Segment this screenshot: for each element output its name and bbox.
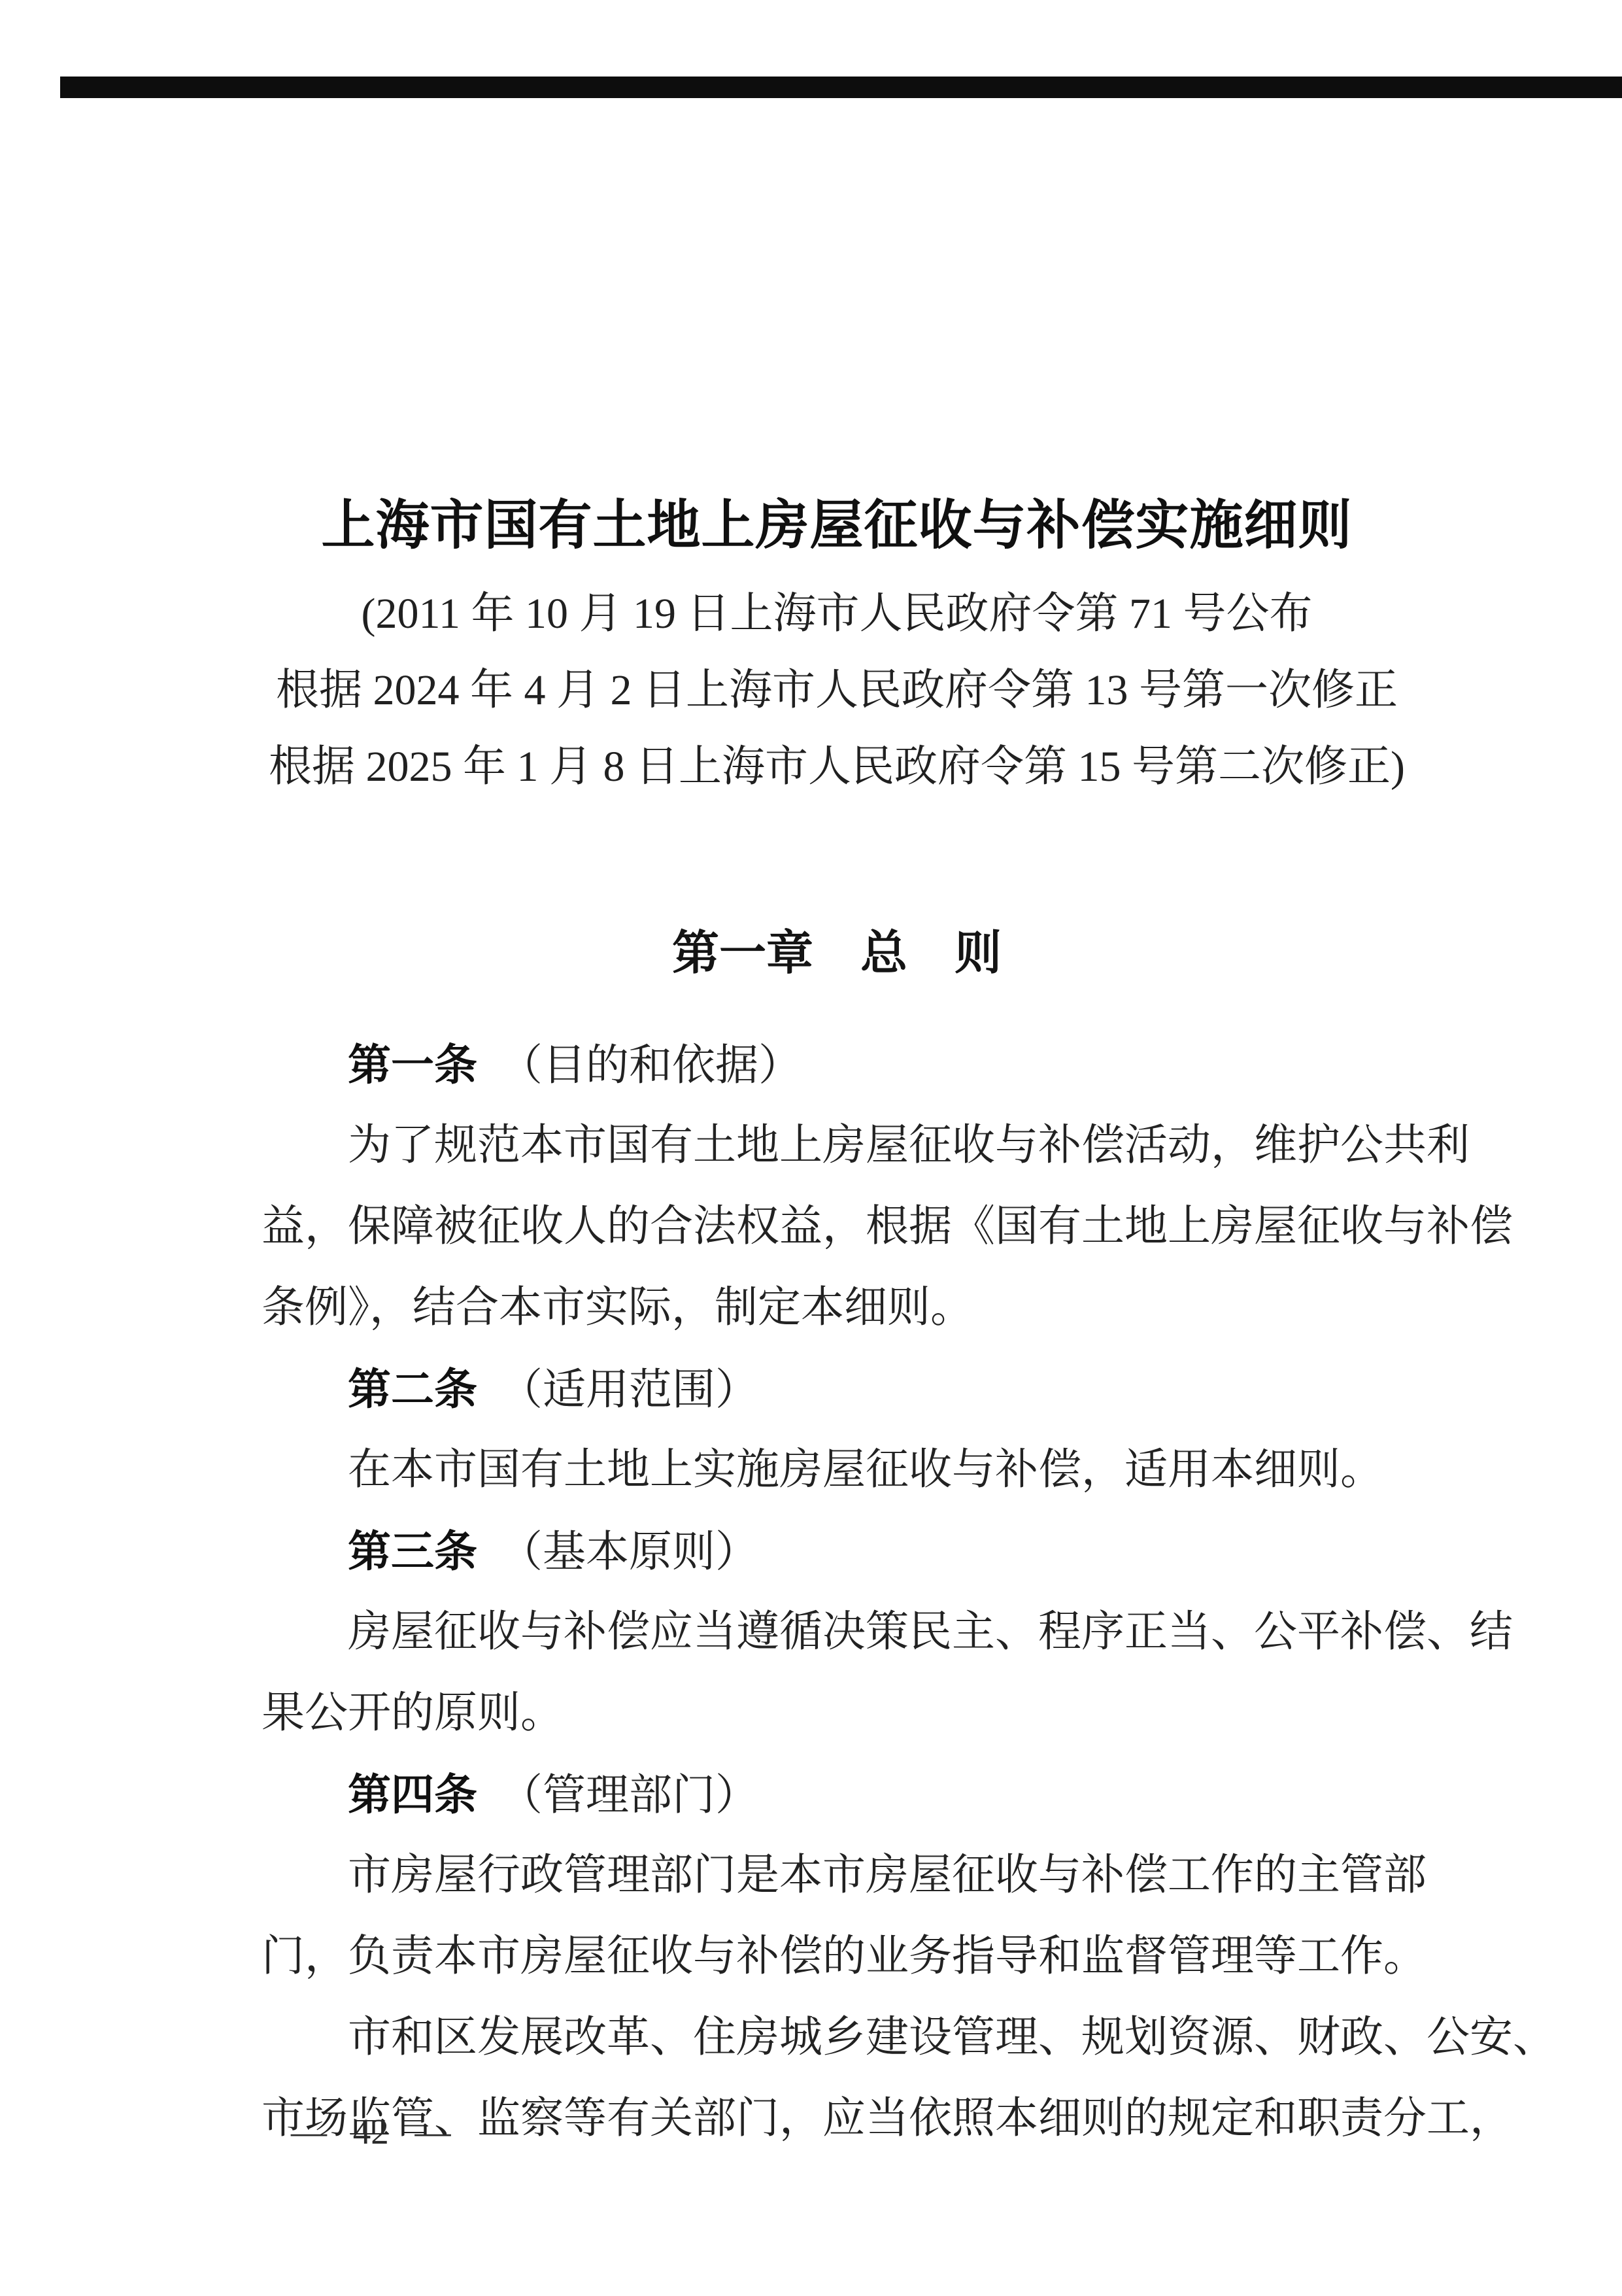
document-page: 上海市国有土地上房屋征收与补偿实施细则 (2011 年 10 月 19 日上海市… bbox=[0, 0, 1622, 2296]
document-header: 上海市国有土地上房屋征收与补偿实施细则 (2011 年 10 月 19 日上海市… bbox=[262, 487, 1412, 805]
document-title: 上海市国有土地上房屋征收与补偿实施细则 bbox=[262, 487, 1412, 565]
article-heading-line: 第三条（基本原则） bbox=[262, 1511, 1412, 1592]
publication-info: (2011 年 10 月 19 日上海市人民政府令第 71 号公布 根据 202… bbox=[262, 575, 1412, 805]
article-subtitle: （管理部门） bbox=[499, 1772, 758, 1819]
body-text-line: 为了规范本市国有土地上房屋征收与补偿活动，维护公共利 bbox=[262, 1105, 1412, 1186]
article-number-label: 第一条 bbox=[348, 1040, 477, 1089]
article-heading-line: 第四条（管理部门） bbox=[262, 1754, 1412, 1835]
body-text-line: 益，保障被征收人的合法权益，根据《国有土地上房屋征收与补偿 bbox=[262, 1186, 1412, 1267]
body-text-line: 市和区发展改革、住房城乡建设管理、规划资源、财政、公安、 bbox=[262, 1997, 1412, 2078]
article-number-label: 第二条 bbox=[348, 1365, 477, 1413]
article-subtitle: （目的和依据） bbox=[499, 1042, 802, 1089]
page-number: — 42 — bbox=[291, 2109, 451, 2155]
publication-line-1: (2011 年 10 月 19 日上海市人民政府令第 71 号公布 bbox=[262, 575, 1412, 652]
article-subtitle: （适用范围） bbox=[499, 1366, 758, 1414]
body-text-line: 市房屋行政管理部门是本市房屋征收与补偿工作的主管部 bbox=[262, 1835, 1412, 1916]
publication-line-3: 根据 2025 年 1 月 8 日上海市人民政府令第 15 号第二次修正) bbox=[262, 728, 1412, 805]
article-subtitle: （基本原则） bbox=[499, 1528, 758, 1576]
body-text-line: 果公开的原则。 bbox=[262, 1673, 1412, 1754]
body-text-line: 房屋征收与补偿应当遵循决策民主、程序正当、公平补偿、结 bbox=[262, 1592, 1412, 1673]
publication-line-2: 根据 2024 年 4 月 2 日上海市人民政府令第 13 号第一次修正 bbox=[262, 652, 1412, 728]
document-body: 第一条（目的和依据）为了规范本市国有土地上房屋征收与补偿活动，维护公共利益，保障… bbox=[262, 1024, 1412, 2159]
top-rule-bar bbox=[60, 77, 1622, 98]
body-text-line: 在本市国有土地上实施房屋征收与补偿，适用本细则。 bbox=[262, 1430, 1412, 1511]
body-text-line: 条例》，结合本市实际，制定本细则。 bbox=[262, 1267, 1412, 1348]
article-heading-line: 第一条（目的和依据） bbox=[262, 1024, 1412, 1105]
article-number-label: 第四条 bbox=[348, 1770, 477, 1819]
body-text-line: 门，负责本市房屋征收与补偿的业务指导和监督管理等工作。 bbox=[262, 1916, 1412, 1997]
chapter-heading: 第一章 总 则 bbox=[262, 913, 1412, 994]
article-heading-line: 第二条（适用范围） bbox=[262, 1348, 1412, 1430]
article-number-label: 第三条 bbox=[348, 1527, 477, 1575]
